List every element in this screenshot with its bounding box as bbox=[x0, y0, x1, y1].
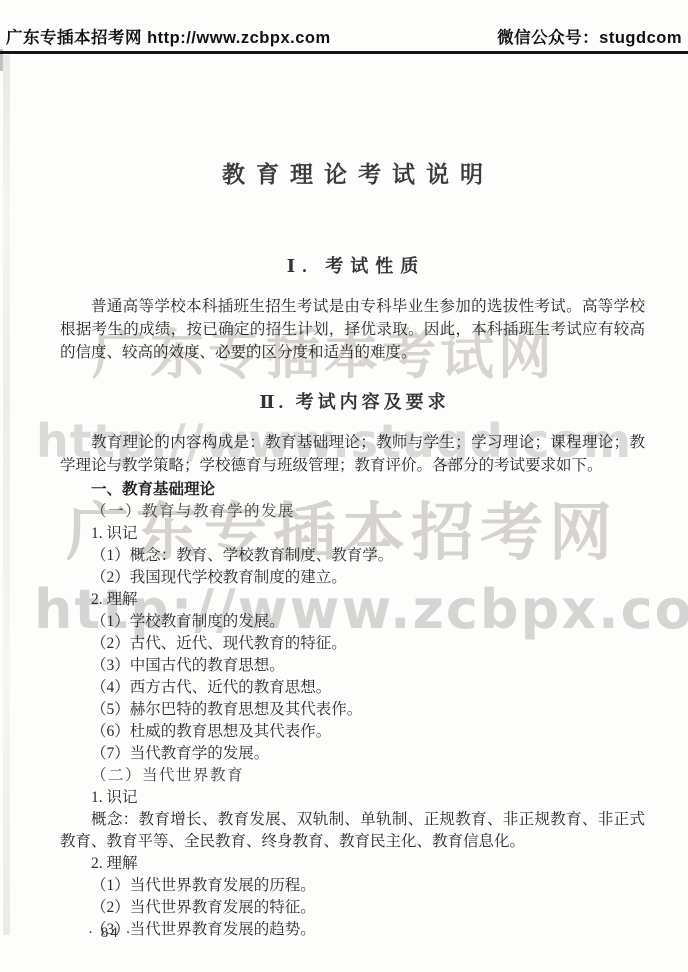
outline-line: （2）当代世界教育发展的特征。 bbox=[60, 897, 645, 919]
outline-line: （7）当代教育学的发展。 bbox=[60, 743, 645, 765]
outline-line: （1）学校教育制度的发展。 bbox=[60, 611, 645, 633]
scanned-document-page: 广东专插本招考网 http://www.zcbpx.com 微信公众号：stug… bbox=[0, 0, 688, 972]
outline-line: （6）杜威的教育思想及其代表作。 bbox=[60, 721, 645, 743]
outline-line: （3）当代世界教育发展的趋势。 bbox=[60, 919, 645, 941]
outline-line: （5）赫尔巴特的教育思想及其代表作。 bbox=[60, 699, 645, 721]
outline-line: （3）中国古代的教育思想。 bbox=[60, 655, 645, 677]
outline-lines: 一、教育基础理论 （一）教育与教育学的发展 1. 识记 （1）概念：教育、学校教… bbox=[60, 479, 645, 941]
scan-edge-artifact bbox=[3, 55, 10, 935]
outline-line: （1）当代世界教育发展的历程。 bbox=[60, 875, 645, 897]
section-2-heading: Ⅱ. 考试内容及要求 bbox=[60, 388, 645, 414]
outline-line: 概念：教育增长、教育发展、双轨制、单轨制、正规教育、非正规教育、非正式教育、教育… bbox=[60, 809, 645, 853]
outline-line: （4）西方古代、近代的教育思想。 bbox=[60, 677, 645, 699]
section-1-paragraph: 普通高等学校本科插班生招生考试是由专科毕业生参加的选拔性考试。高等学校根据考生的… bbox=[60, 295, 645, 364]
outline-line: 2. 理解 bbox=[60, 853, 645, 875]
outline-line: 2. 理解 bbox=[60, 589, 645, 611]
outline-line: （1）概念：教育、学校教育制度、教育学。 bbox=[60, 545, 645, 567]
outline-line: （一）教育与教育学的发展 bbox=[60, 501, 645, 523]
outline-line: 1. 识记 bbox=[60, 787, 645, 809]
page-header: 广东专插本招考网 http://www.zcbpx.com 微信公众号：stug… bbox=[0, 0, 688, 54]
outline-line: 1. 识记 bbox=[60, 523, 645, 545]
document-content: 教育理论考试说明 Ⅰ. 考试性质 普通高等学校本科插班生招生考试是由专科毕业生参… bbox=[60, 48, 645, 941]
outline-line: （二）当代世界教育 bbox=[60, 765, 645, 787]
outline-line: 一、教育基础理论 bbox=[60, 479, 645, 501]
section-2-intro-paragraph: 教育理论的内容构成是：教育基础理论；教师与学生；学习理论；课程理论；教学理论与教… bbox=[60, 431, 645, 477]
header-wechat-account: 微信公众号：stugdcom bbox=[497, 24, 682, 48]
outline-line: （2）我国现代学校教育制度的建立。 bbox=[60, 567, 645, 589]
document-title: 教育理论考试说明 bbox=[60, 156, 645, 189]
header-site-url: 广东专插本招考网 http://www.zcbpx.com bbox=[6, 24, 331, 48]
outline-line: （2）古代、近代、现代教育的特征。 bbox=[60, 633, 645, 655]
page-number: · 84 · bbox=[88, 925, 133, 942]
section-1-heading: Ⅰ. 考试性质 bbox=[60, 252, 645, 278]
